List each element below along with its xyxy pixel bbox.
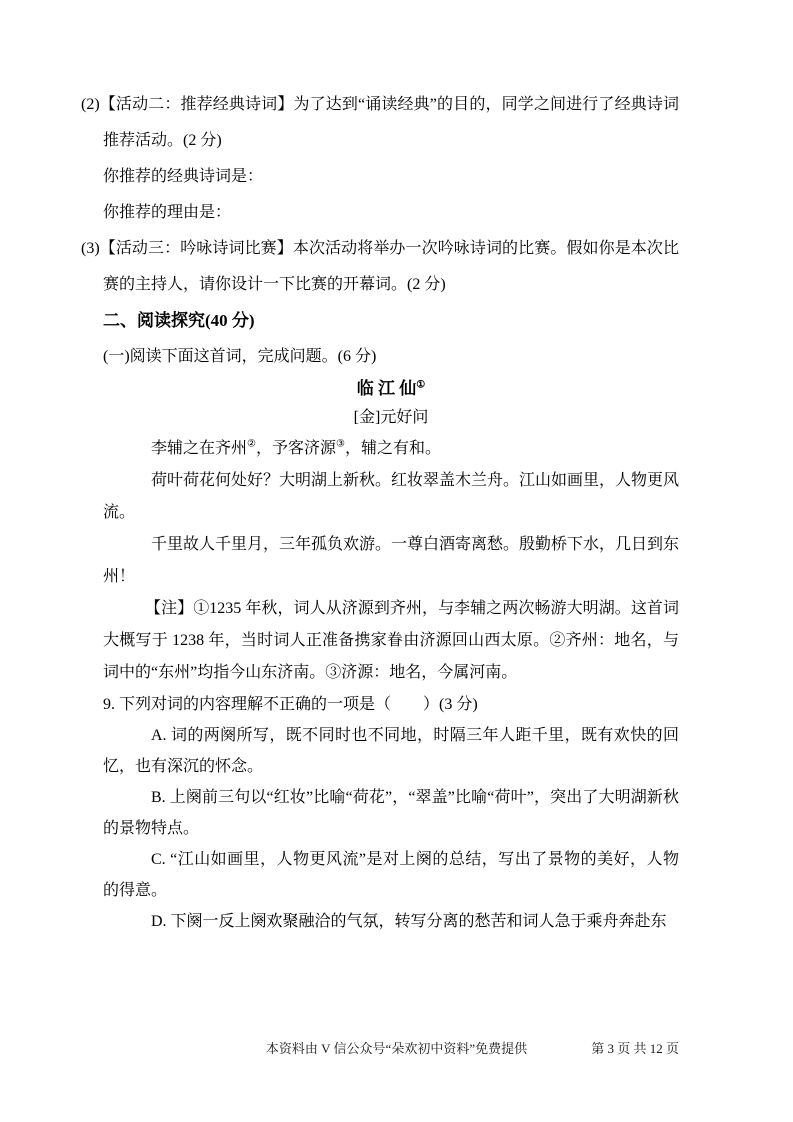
activity2-text: (2)【活动二：推荐经典诗词】为了达到“诵读经典”的目的，同学之间进行了经典诗词…: [103, 87, 679, 159]
footer-page-number: 第 3 页 共 12 页: [591, 1038, 679, 1057]
poem-footnotes: 【注】①1235 年秋，词人从济源到齐州，与李辅之两次畅游大明湖。这首词大概写于…: [103, 593, 679, 689]
poem-stanza-2: 千里故人千里月，三年孤负欢游。一尊白酒寄离愁。殷勤桥下水，几日到东州！: [103, 529, 679, 593]
activity2-prompt-reason: 你推荐的理由是：: [103, 195, 679, 231]
poem-preface-text: ，辅之有和。: [345, 440, 441, 457]
poem-title: 临 江 仙①: [103, 375, 679, 403]
poem-preface-text: ，予客济源: [256, 440, 336, 457]
question9-option-c: C. “江山如画里，人物更风流”是对上阕的总结，写出了景物的美好，人物的得意。: [103, 844, 679, 906]
activity2-prompt-poem: 你推荐的经典诗词是：: [103, 159, 679, 195]
poem-preface-text: 李辅之在齐州: [151, 440, 247, 457]
poem-author: [金]元好问: [103, 403, 679, 433]
question9-stem: 9. 下列对词的内容理解不正确的一项是（ ）(3 分): [103, 689, 679, 720]
page-content: (2)【活动二：推荐经典诗词】为了达到“诵读经典”的目的，同学之间进行了经典诗词…: [103, 87, 679, 937]
footnote-ref-2: ②: [247, 439, 256, 450]
poem-preface: 李辅之在齐州②，予客济源③，辅之有和。: [103, 433, 679, 465]
footnote-ref-1: ①: [416, 379, 425, 390]
section2-heading: 二、阅读探究(40 分): [103, 303, 679, 339]
poem-stanza-1: 荷叶荷花何处好？大明湖上新秋。红妆翠盖木兰舟。江山如画里，人物更风流。: [103, 465, 679, 529]
activity3-text: (3)【活动三：吟咏诗词比赛】本次活动将举办一次吟咏诗词的比赛。假如你是本次比赛…: [103, 231, 679, 303]
page-footer: 本资料由 V 信公众号“朵欢初中资料”免费提供 第 3 页 共 12 页: [0, 1038, 793, 1060]
poem-title-text: 临 江 仙: [357, 379, 417, 398]
footnote-ref-3: ③: [336, 439, 345, 450]
part1-intro: (一)阅读下面这首词，完成问题。(6 分): [103, 339, 679, 375]
question9-option-d: D. 下阕一反上阕欢聚融洽的气氛，转写分离的愁苦和词人急于乘舟奔赴东: [103, 906, 679, 937]
question9-option-b: B. 上阕前三句以“红妆”比喻“荷花”，“翠盖”比喻“荷叶”，突出了大明湖新秋的…: [103, 782, 679, 844]
question9-option-a: A. 词的两阕所写，既不同时也不同地，时隔三年人距千里，既有欢快的回忆，也有深沉…: [103, 720, 679, 782]
exam-paper-page: (2)【活动二：推荐经典诗词】为了达到“诵读经典”的目的，同学之间进行了经典诗词…: [0, 0, 793, 1122]
